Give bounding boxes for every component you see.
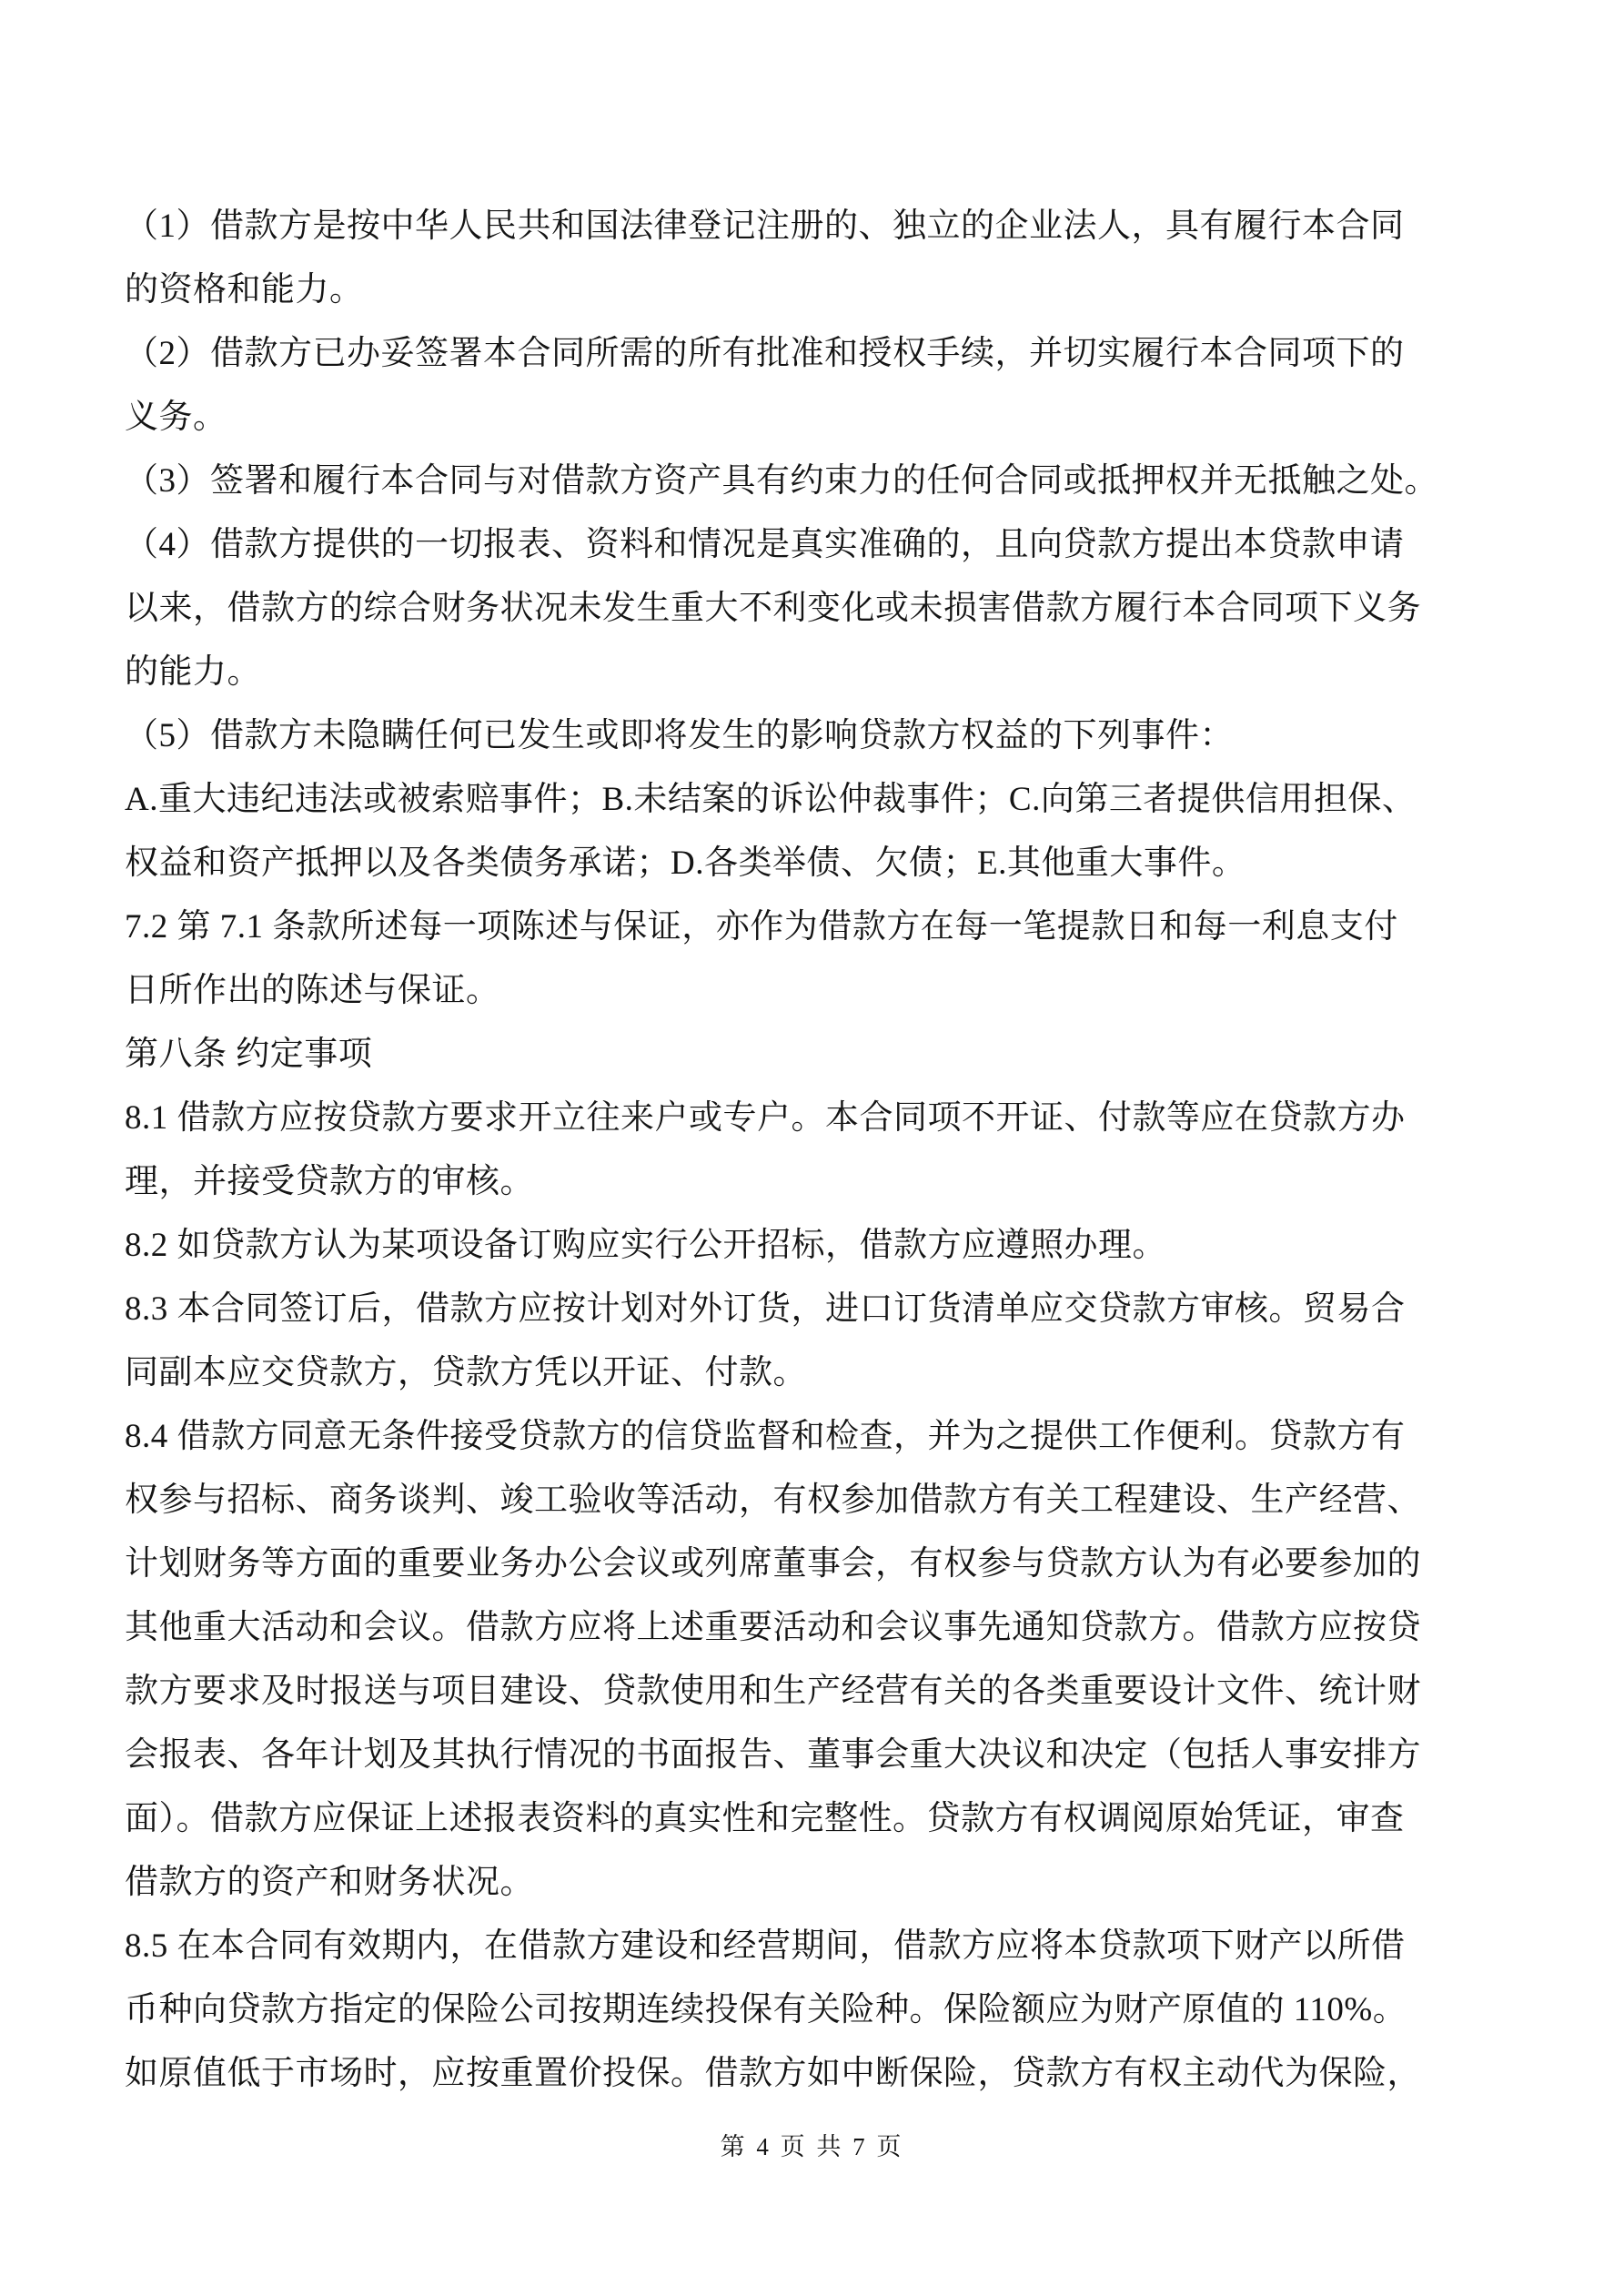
text-line: （5）借款方未隐瞒任何已发生或即将发生的影响贷款方权益的下列事件： — [125, 704, 1517, 768]
text-line: 借款方的资产和财务状况。 — [125, 1851, 1517, 1915]
text-line: 日所作出的陈述与保证。 — [125, 959, 1517, 1023]
text-line: 权参与招标、商务谈判、竣工验收等活动，有权参加借款方有关工程建设、生产经营、 — [125, 1469, 1517, 1532]
text-line: 款方要求及时报送与项目建设、贷款使用和生产经营有关的各类重要设计文件、统计财 — [125, 1660, 1517, 1724]
text-line: 的资格和能力。 — [125, 258, 1517, 322]
text-line: （1）借款方是按中华人民共和国法律登记注册的、独立的企业法人，具有履行本合同 — [125, 195, 1517, 258]
text-line: （3）签署和履行本合同与对借款方资产具有约束力的任何合同或抵押权并无抵触之处。 — [125, 450, 1517, 513]
text-line: 如原值低于市场时，应按重置价投保。借款方如中断保险，贷款方有权主动代为保险， — [125, 2042, 1517, 2106]
text-line: 权益和资产抵押以及各类债务承诺；D.各类举债、欠债；E.其他重大事件。 — [125, 832, 1517, 895]
text-line: 7.2 第 7.1 条款所述每一项陈述与保证，亦作为借款方在每一笔提款日和每一利… — [125, 895, 1517, 959]
text-line: 同副本应交贷款方，贷款方凭以开证、付款。 — [125, 1341, 1517, 1405]
text-line: 8.1 借款方应按贷款方要求开立往来户或专户。本合同项不开证、付款等应在贷款方办 — [125, 1087, 1517, 1150]
text-line: 理，并接受贷款方的审核。 — [125, 1150, 1517, 1214]
text-line: 会报表、各年计划及其执行情况的书面报告、董事会重大决议和决定（包括人事安排方 — [125, 1724, 1517, 1787]
text-line: 其他重大活动和会议。借款方应将上述重要活动和会议事先通知贷款方。借款方应按贷 — [125, 1596, 1517, 1660]
text-line: 8.2 如贷款方认为某项设备订购应实行公开招标，借款方应遵照办理。 — [125, 1214, 1517, 1278]
text-line: 8.4 借款方同意无条件接受贷款方的信贷监督和检查，并为之提供工作便利。贷款方有 — [125, 1405, 1517, 1469]
text-line: 义务。 — [125, 386, 1517, 450]
text-line: 第八条 约定事项 — [125, 1023, 1517, 1087]
text-line: 以来，借款方的综合财务状况未发生重大不利变化或未损害借款方履行本合同项下义务 — [125, 577, 1517, 641]
text-line: 的能力。 — [125, 641, 1517, 704]
document-page: （1）借款方是按中华人民共和国法律登记注册的、独立的企业法人，具有履行本合同的资… — [0, 0, 1624, 2296]
text-line: 币种向贷款方指定的保险公司按期连续投保有关险种。保险额应为财产原值的 110%。 — [125, 1978, 1517, 2042]
text-line: （4）借款方提供的一切报表、资料和情况是真实准确的，且向贷款方提出本贷款申请 — [125, 513, 1517, 577]
text-line: A.重大违纪违法或被索赔事件；B.未结案的诉讼仲裁事件；C.向第三者提供信用担保… — [125, 768, 1517, 832]
text-line: 8.5 在本合同有效期内，在借款方建设和经营期间，借款方应将本贷款项下财产以所借 — [125, 1915, 1517, 1978]
text-line: 面）。借款方应保证上述报表资料的真实性和完整性。贷款方有权调阅原始凭证，审查 — [125, 1787, 1517, 1851]
page-footer: 第 4 页 共 7 页 — [0, 2127, 1624, 2162]
text-line: （2）借款方已办妥签署本合同所需的所有批准和授权手续，并切实履行本合同项下的 — [125, 322, 1517, 386]
document-body: （1）借款方是按中华人民共和国法律登记注册的、独立的企业法人，具有履行本合同的资… — [125, 195, 1517, 2106]
text-line: 计划财务等方面的重要业务办公会议或列席董事会，有权参与贷款方认为有必要参加的 — [125, 1532, 1517, 1596]
text-line: 8.3 本合同签订后，借款方应按计划对外订货，进口订货清单应交贷款方审核。贸易合 — [125, 1278, 1517, 1341]
